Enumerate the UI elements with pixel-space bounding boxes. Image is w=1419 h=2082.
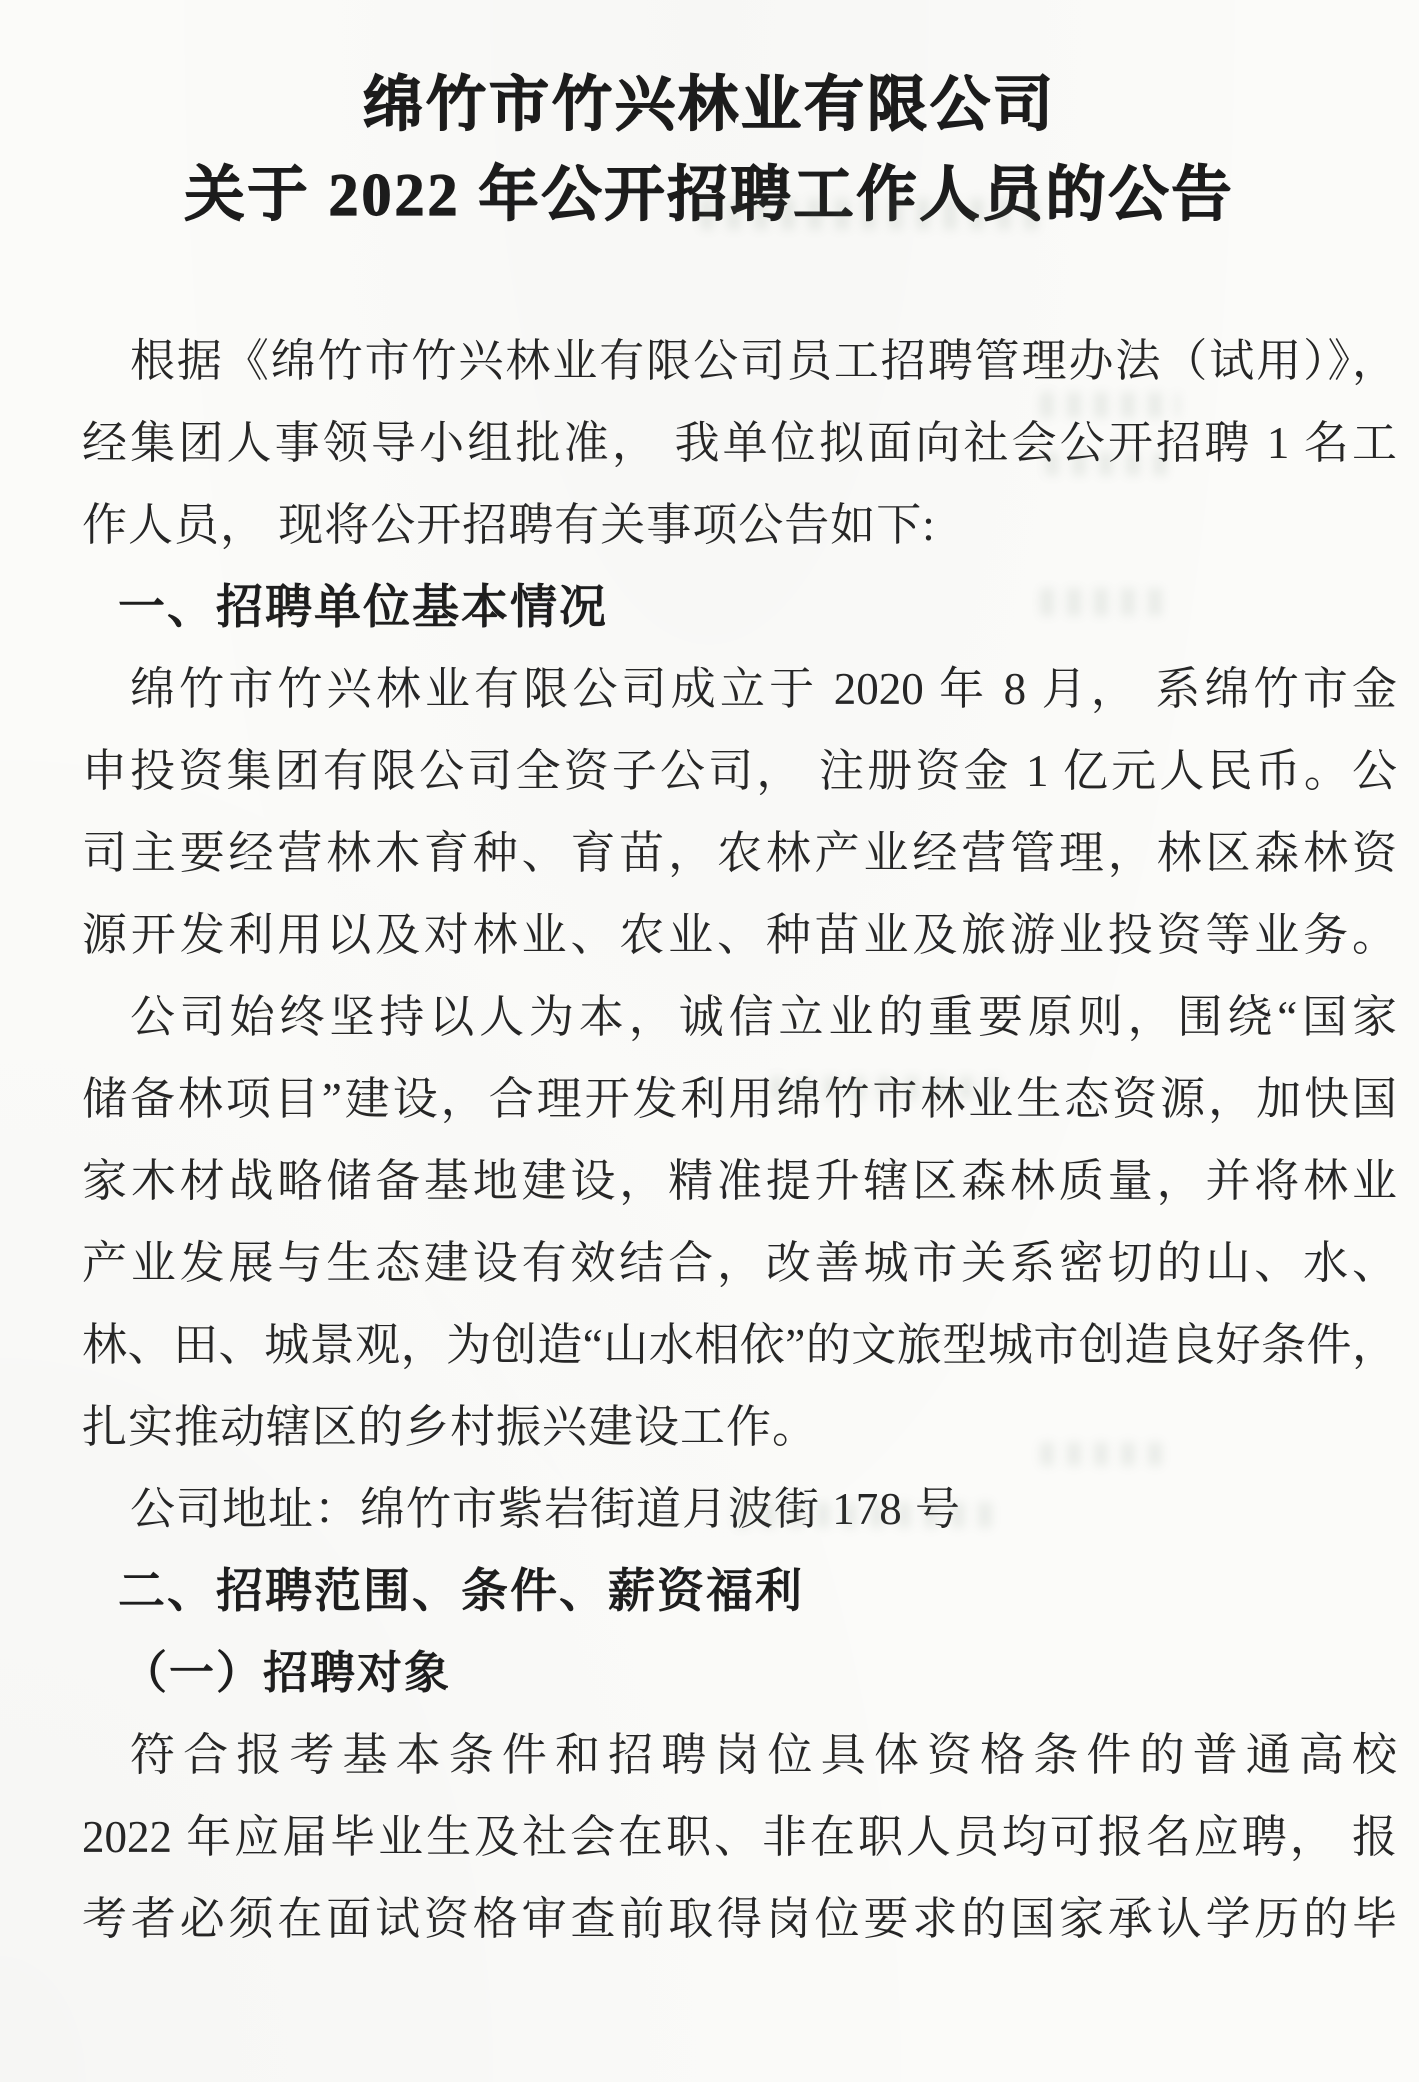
document-body: 根据《绵竹市竹兴林业有限公司员工招聘管理办法（试用）》， 经集团人事领导小组批准…: [82, 320, 1397, 1960]
body-line: 林、田、城景观，为创造“山水相依”的文旅型城市创造良好条件，: [82, 1304, 1397, 1386]
document-page: 绵竹市竹兴林业有限公司 关于 2022 年公开招聘工作人员的公告 根据《绵竹市竹…: [0, 0, 1419, 2082]
body-line: 家木材战略储备基地建设，精准提升辖区森林质量，并将林业: [82, 1140, 1397, 1222]
title-line-2: 关于 2022 年公开招聘工作人员的公告: [0, 150, 1419, 240]
body-line: 产业发展与生态建设有效结合，改善城市关系密切的山、水、: [82, 1222, 1397, 1304]
body-line: 2022 年应届毕业生及社会在职、非在职人员均可报名应聘， 报: [82, 1796, 1397, 1878]
body-line: 考者必须在面试资格审查前取得岗位要求的国家承认学历的毕: [82, 1878, 1397, 1960]
section-heading-2: 二、招聘范围、条件、薪资福利: [82, 1550, 1397, 1632]
subsection-heading-1: （一）招聘对象: [82, 1632, 1397, 1714]
body-line: 司主要经营林木育种、育苗，农林产业经营管理，林区森林资: [82, 812, 1397, 894]
company-address-line: 公司地址：绵竹市紫岩街道月波街 178 号: [82, 1468, 1397, 1550]
body-line: 根据《绵竹市竹兴林业有限公司员工招聘管理办法（试用）》，: [82, 320, 1397, 402]
document-title: 绵竹市竹兴林业有限公司 关于 2022 年公开招聘工作人员的公告: [0, 60, 1419, 240]
body-line: 申投资集团有限公司全资子公司， 注册资金 1 亿元人民币。公: [82, 730, 1397, 812]
body-line: 公司始终坚持以人为本，诚信立业的重要原则，围绕“国家: [82, 976, 1397, 1058]
title-line-1: 绵竹市竹兴林业有限公司: [0, 60, 1419, 150]
body-line: 作人员， 现将公开招聘有关事项公告如下:: [82, 484, 1397, 566]
section-heading-1: 一、招聘单位基本情况: [82, 566, 1397, 648]
body-line: 符合报考基本条件和招聘岗位具体资格条件的普通高校: [82, 1714, 1397, 1796]
body-line: 绵竹市竹兴林业有限公司成立于 2020 年 8 月， 系绵竹市金: [82, 648, 1397, 730]
body-line: 扎实推动辖区的乡村振兴建设工作。: [82, 1386, 1397, 1468]
body-line: 经集团人事领导小组批准， 我单位拟面向社会公开招聘 1 名工: [82, 402, 1397, 484]
body-line: 源开发利用以及对林业、农业、种苗业及旅游业投资等业务。: [82, 894, 1397, 976]
body-line: 储备林项目”建设，合理开发利用绵竹市林业生态资源，加快国: [82, 1058, 1397, 1140]
